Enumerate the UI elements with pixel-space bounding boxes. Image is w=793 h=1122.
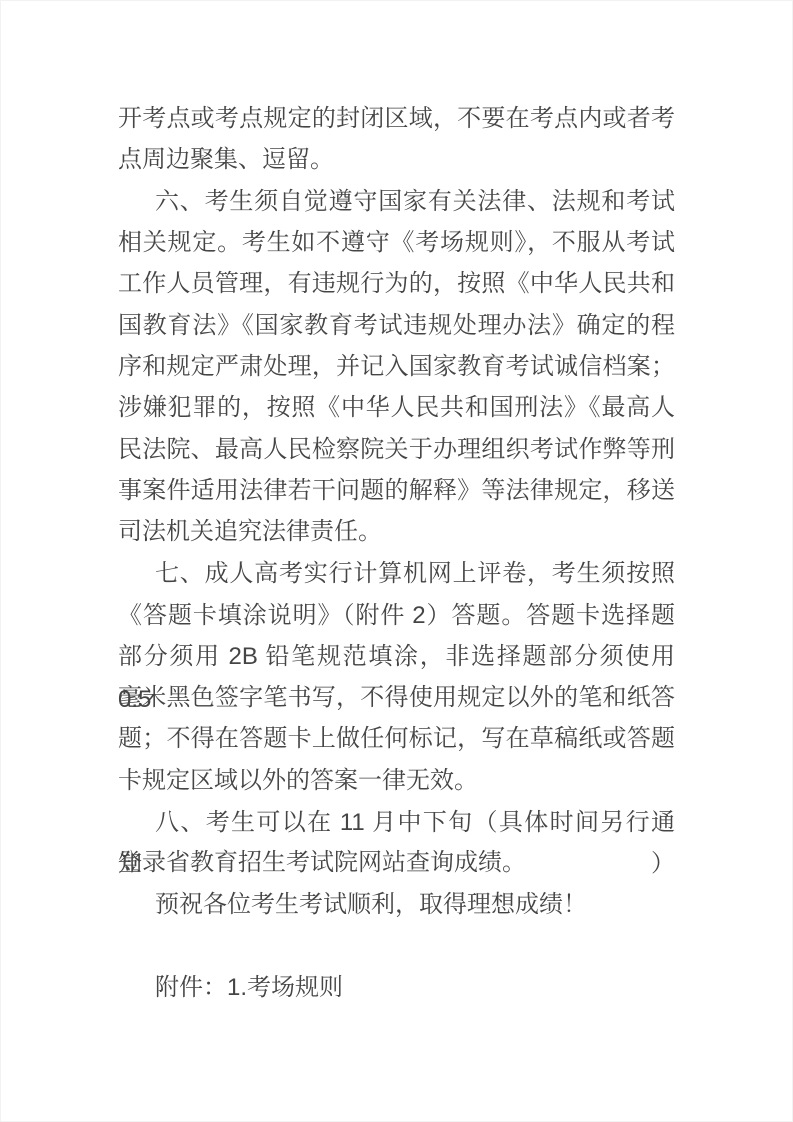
document-page: 开考点或考点规定的封闭区域，不要在考点内或者考 点周边聚集、逗留。 六、考生须自…: [0, 0, 793, 1122]
text-line-18: 八、考生可以在 11 月中下旬（具体时间另行通知）: [118, 802, 675, 843]
text-line-9: 民法院、最高人民检察院关于办理组织考试作弊等刑: [118, 430, 675, 471]
text-line-11: 司法机关追究法律责任。: [118, 512, 675, 553]
latin-text: 1.: [227, 974, 247, 1001]
text-line-6: 国教育法》《国家教育考试违规处理办法》确定的程: [118, 306, 675, 347]
text-line-3: 六、考生须自觉遵守国家有关法律、法规和考试: [118, 182, 675, 223]
text-line-blank: [118, 926, 675, 967]
text-line-10: 事案件适用法律若干问题的解释》等法律规定，移送: [118, 471, 675, 512]
latin-text: 2: [412, 602, 425, 629]
text-line-5: 工作人员管理，有违规行为的，按照《中华人民共和: [118, 264, 675, 305]
text-line-2: 点周边聚集、逗留。: [118, 140, 675, 181]
text-line-13: 《答题卡填涂说明》（附件 2）答题。答题卡选择题: [118, 595, 675, 636]
text-line-12: 七、成人高考实行计算机网上评卷，考生须按照: [118, 554, 675, 595]
latin-text: 11: [340, 809, 365, 836]
text-line-4: 相关规定。考生如不遵守《考场规则》，不服从考试: [118, 223, 675, 264]
document-body: 开考点或考点规定的封闭区域，不要在考点内或者考 点周边聚集、逗留。 六、考生须自…: [118, 99, 675, 1009]
text-line-1: 开考点或考点规定的封闭区域，不要在考点内或者考: [118, 99, 675, 140]
text-line-20: 预祝各位考生考试顺利，取得理想成绩！: [118, 885, 675, 926]
text-line-8: 涉嫌犯罪的，按照《中华人民共和国刑法》《最高人: [118, 388, 675, 429]
text-line-16: 题；不得在答题卡上做任何标记，写在草稿纸或答题: [118, 719, 675, 760]
text-line-15: 毫米黑色签字笔书写，不得使用规定以外的笔和纸答: [118, 678, 675, 719]
text-line-17: 卡规定区域以外的答案一律无效。: [118, 761, 675, 802]
attachment-line: 附件：1.考场规则: [118, 967, 675, 1008]
latin-text: 2B: [229, 643, 258, 670]
text-line-7: 序和规定严肃处理，并记入国家教育考试诚信档案；: [118, 347, 675, 388]
text-line-14: 部分须用 2B 铅笔规范填涂，非选择题部分须使用 0.5: [118, 636, 675, 677]
